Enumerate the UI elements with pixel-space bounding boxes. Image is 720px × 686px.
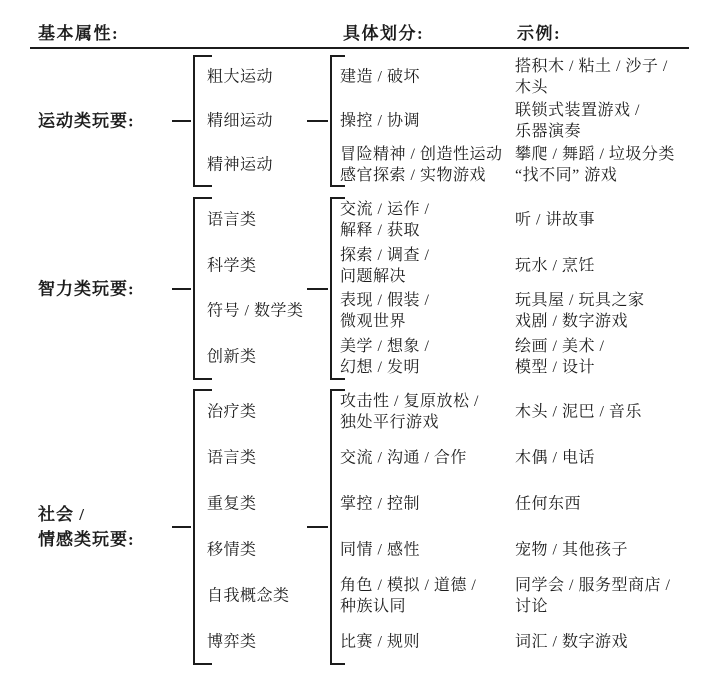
division-item: 美学 / 想象 / 幻想 / 发明 <box>340 336 514 378</box>
division-item: 探索 / 调查 / 问题解决 <box>340 245 514 287</box>
sub-category-item: 精神运动 <box>207 155 329 176</box>
example-item: 木偶 / 电话 <box>515 448 715 469</box>
category-group: 社会 / 情感类玩要: 治疗类攻击性 / 复原放松 / 独处平行游戏木头 / 泥… <box>0 389 720 665</box>
sub-category-item: 粗大运动 <box>207 67 329 88</box>
example-item: 同学会 / 服务型商店 / 讨论 <box>515 575 715 617</box>
example-item: 玩水 / 烹饪 <box>515 255 715 276</box>
item-row: 符号 / 数学类表现 / 假装 / 微观世界玩具屋 / 玩具之家 戏剧 / 数字… <box>0 289 720 335</box>
column-header-basic-attributes: 基本属性: <box>38 19 119 44</box>
column-header-specific-division: 具体划分: <box>343 19 424 44</box>
sub-category-item: 语言类 <box>207 209 329 230</box>
category-group: 运动类玩要: 粗大运动建造 / 破坏搭积木 / 粘土 / 沙子 / 木头精细运动… <box>0 55 720 187</box>
example-item: 联锁式装置游戏 / 乐器演奏 <box>515 100 715 142</box>
division-item: 攻击性 / 复原放松 / 独处平行游戏 <box>340 391 514 433</box>
group-rows: 治疗类攻击性 / 复原放松 / 独处平行游戏木头 / 泥巴 / 音乐语言类交流 … <box>0 389 720 665</box>
item-row: 精神运动冒险精神 / 创造性运动 感官探索 / 实物游戏攀爬 / 舞蹈 / 垃圾… <box>0 143 720 187</box>
item-row: 精细运动操控 / 协调联锁式装置游戏 / 乐器演奏 <box>0 99 720 143</box>
play-classification-diagram: 基本属性: 具体划分: 示例: 运动类玩要: 粗大运动建造 / 破坏搭积木 / … <box>0 0 720 686</box>
division-item: 冒险精神 / 创造性运动 感官探索 / 实物游戏 <box>340 144 514 186</box>
item-row: 重复类掌控 / 控制任何东西 <box>0 481 720 527</box>
category-group: 智力类玩要: 语言类交流 / 运作 / 解释 / 获取听 / 讲故事科学类探索 … <box>0 197 720 380</box>
division-item: 比赛 / 规则 <box>340 632 514 653</box>
sub-category-item: 符号 / 数学类 <box>207 301 329 322</box>
group-rows: 粗大运动建造 / 破坏搭积木 / 粘土 / 沙子 / 木头精细运动操控 / 协调… <box>0 55 720 187</box>
sub-category-item: 重复类 <box>207 494 329 515</box>
division-item: 交流 / 运作 / 解释 / 获取 <box>340 199 514 241</box>
example-item: 宠物 / 其他孩子 <box>515 540 715 561</box>
header-divider-line <box>30 47 689 49</box>
example-item: 搭积木 / 粘土 / 沙子 / 木头 <box>515 56 715 98</box>
example-item: 词汇 / 数字游戏 <box>515 632 715 653</box>
sub-category-item: 移情类 <box>207 540 329 561</box>
division-item: 建造 / 破坏 <box>340 67 514 88</box>
item-row: 科学类探索 / 调查 / 问题解决玩水 / 烹饪 <box>0 243 720 289</box>
item-row: 创新类美学 / 想象 / 幻想 / 发明绘画 / 美术 / 模型 / 设计 <box>0 334 720 380</box>
sub-category-item: 精细运动 <box>207 111 329 132</box>
example-item: 玩具屋 / 玩具之家 戏剧 / 数字游戏 <box>515 290 715 332</box>
example-item: 任何东西 <box>515 494 715 515</box>
item-row: 语言类交流 / 运作 / 解释 / 获取听 / 讲故事 <box>0 197 720 243</box>
item-row: 博弈类比赛 / 规则词汇 / 数字游戏 <box>0 619 720 665</box>
sub-category-item: 治疗类 <box>207 402 329 423</box>
sub-category-item: 语言类 <box>207 448 329 469</box>
division-item: 同情 / 感性 <box>340 540 514 561</box>
division-item: 交流 / 沟通 / 合作 <box>340 448 514 469</box>
example-item: 攀爬 / 舞蹈 / 垃圾分类 “找不同” 游戏 <box>515 144 715 186</box>
division-item: 操控 / 协调 <box>340 111 514 132</box>
sub-category-item: 自我概念类 <box>207 586 329 607</box>
item-row: 语言类交流 / 沟通 / 合作木偶 / 电话 <box>0 435 720 481</box>
division-item: 掌控 / 控制 <box>340 494 514 515</box>
group-rows: 语言类交流 / 运作 / 解释 / 获取听 / 讲故事科学类探索 / 调查 / … <box>0 197 720 380</box>
example-item: 绘画 / 美术 / 模型 / 设计 <box>515 336 715 378</box>
item-row: 粗大运动建造 / 破坏搭积木 / 粘土 / 沙子 / 木头 <box>0 55 720 99</box>
item-row: 移情类同情 / 感性宠物 / 其他孩子 <box>0 527 720 573</box>
division-item: 表现 / 假装 / 微观世界 <box>340 290 514 332</box>
sub-category-item: 博弈类 <box>207 632 329 653</box>
division-item: 角色 / 模拟 / 道德 / 种族认同 <box>340 575 514 617</box>
sub-category-item: 科学类 <box>207 255 329 276</box>
item-row: 自我概念类角色 / 模拟 / 道德 / 种族认同同学会 / 服务型商店 / 讨论 <box>0 573 720 619</box>
item-row: 治疗类攻击性 / 复原放松 / 独处平行游戏木头 / 泥巴 / 音乐 <box>0 389 720 435</box>
sub-category-item: 创新类 <box>207 347 329 368</box>
example-item: 听 / 讲故事 <box>515 209 715 230</box>
example-item: 木头 / 泥巴 / 音乐 <box>515 402 715 423</box>
column-header-examples: 示例: <box>517 19 561 44</box>
